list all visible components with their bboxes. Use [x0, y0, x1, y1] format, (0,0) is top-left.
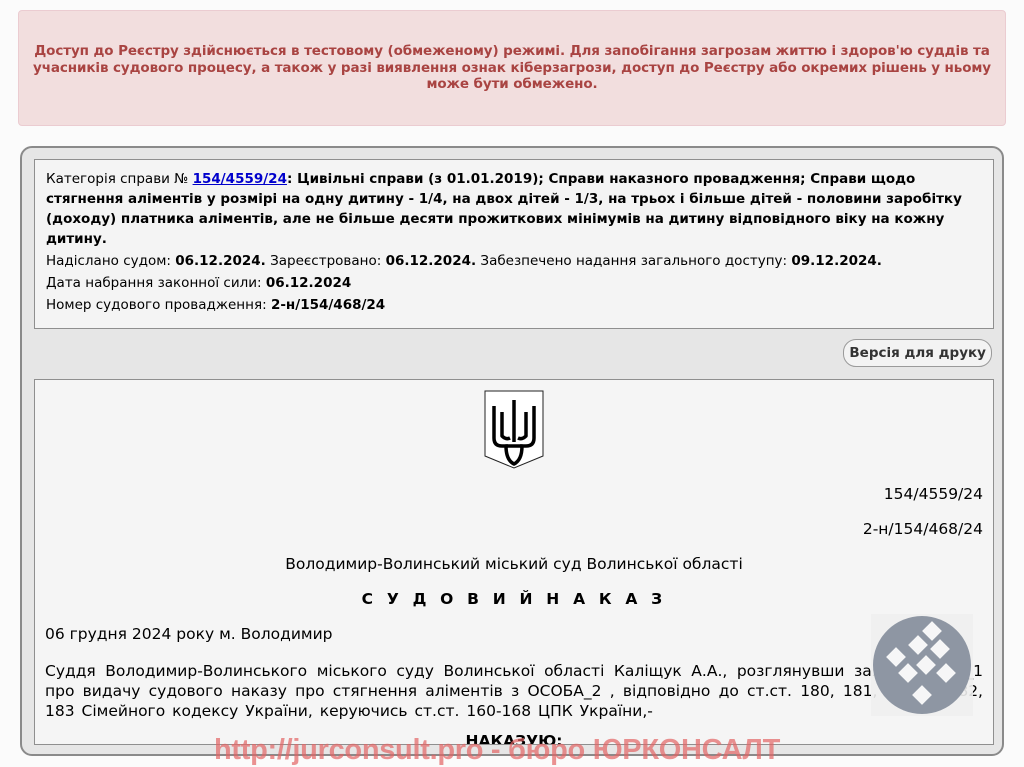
effective-label: Дата набрання законної сили:	[46, 275, 266, 291]
case-dates: Надіслано судом: 06.12.2024. Зареєстрова…	[46, 251, 982, 271]
watermark-puzzle-logo	[871, 614, 973, 716]
category-label: Категорія справи №	[46, 171, 193, 187]
access-warning-banner: Доступ до Реєстру здійснюється в тестово…	[18, 10, 1006, 126]
print-version-button[interactable]: Версія для друку	[843, 339, 992, 367]
access-warning-text: Доступ до Реєстру здійснюється в тестово…	[33, 43, 991, 93]
sent-date: 06.12.2024.	[175, 253, 266, 269]
proceeding-number: 2-н/154/468/24	[271, 297, 385, 313]
decision-document: 154/4559/24 2-н/154/468/24 Володимир-Вол…	[34, 379, 994, 745]
document-title: С У Д О В И Й Н А К А З	[35, 590, 993, 608]
effective-date: 06.12.2024	[266, 275, 351, 291]
doc-proceeding-number: 2-н/154/468/24	[863, 520, 983, 538]
decision-container: Категорія справи № 154/4559/24: Цивільні…	[20, 146, 1004, 756]
decision-paragraph: Суддя Володимир-Волинського міського суд…	[45, 661, 983, 721]
sent-label: Надіслано судом:	[46, 253, 175, 269]
case-number-link[interactable]: 154/4559/24	[193, 171, 287, 187]
watermark-text: http://jurconsult.pro - бюро ЮРКОНСАЛТ	[214, 734, 780, 767]
puzzle-icon	[871, 614, 973, 716]
registered-date: 06.12.2024.	[386, 253, 477, 269]
registered-label: Зареєстровано:	[266, 253, 386, 269]
doc-case-number: 154/4559/24	[884, 485, 983, 503]
coat-of-arms-icon	[484, 390, 544, 470]
proceeding-label: Номер судового провадження:	[46, 297, 271, 313]
case-info-panel: Категорія справи № 154/4559/24: Цивільні…	[34, 159, 994, 329]
public-access-label: Забезпечено надання загального доступу:	[476, 253, 791, 269]
proceeding-number-row: Номер судового провадження: 2-н/154/468/…	[46, 295, 982, 315]
court-name: Володимир-Волинський міський суд Волинсь…	[35, 555, 993, 573]
date-place: 06 грудня 2024 року м. Володимир	[45, 625, 333, 643]
effective-date-row: Дата набрання законної сили: 06.12.2024	[46, 273, 982, 293]
case-category: Категорія справи № 154/4559/24: Цивільні…	[46, 169, 982, 249]
public-access-date: 09.12.2024.	[791, 253, 882, 269]
